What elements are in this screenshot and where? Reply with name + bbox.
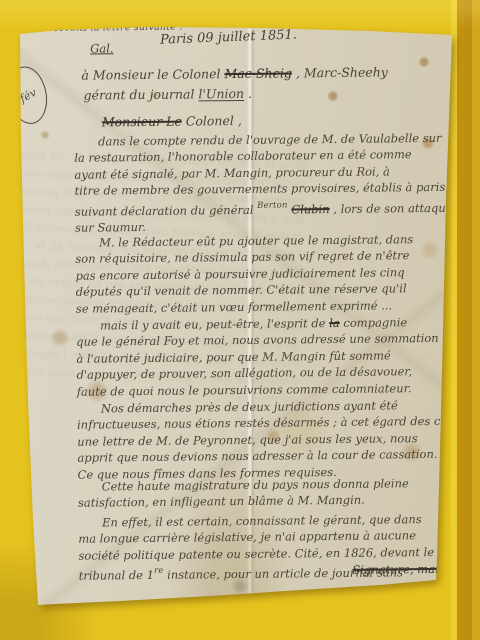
paragraph: M. le Rédacteur eût pu ajouter que le ma… bbox=[75, 231, 448, 317]
handwritten-line: tribunal de 1re instance, pour un articl… bbox=[79, 560, 451, 584]
letter-sheet: dans le compte rendu de l'ouvrage de M. … bbox=[0, 0, 480, 640]
salutation: Monsieur Le Colonel , bbox=[102, 113, 242, 129]
handwritten-line: satisfaction, en infligeant un blâme à M… bbox=[78, 491, 450, 511]
archivist-margin-note: etnous recevons la lettre suivante : bbox=[5, 18, 183, 35]
address-line-2: gérant du journal l'Union . bbox=[84, 86, 253, 103]
letter-body: etnous recevons la lettre suivante : fév… bbox=[0, 0, 480, 640]
address-line-1: à Monsieur le Colonel Mac-Sheig , Marc-S… bbox=[81, 64, 388, 82]
struck-out-word: Clubin bbox=[291, 202, 329, 216]
collector-oval-stamp: fév bbox=[4, 63, 52, 127]
paragraph: En effet, il est certain, connaissant le… bbox=[78, 511, 451, 585]
collector-stamp-text: fév bbox=[17, 85, 38, 104]
folio-mark: et bbox=[5, 19, 13, 28]
interlinear-correction: Berton bbox=[257, 200, 288, 210]
letter-sheet-wrapper: dans le compte rendu de l'ouvrage de M. … bbox=[0, 0, 480, 640]
struck-out-word: Mac-Sheig bbox=[224, 65, 292, 81]
margin-note-text: nous recevons la lettre suivante : bbox=[16, 22, 183, 35]
docket-abbreviation: Gal. bbox=[90, 41, 114, 55]
struck-out-word: la bbox=[329, 316, 340, 330]
handwritten-line: suivant déclaration du général Berton Cl… bbox=[75, 195, 447, 219]
paragraph: dans le compte rendu de l'ouvrage de M. … bbox=[74, 130, 447, 236]
interlinear-correction: re bbox=[154, 566, 164, 576]
paragraph: Cette haute magistrature du pays nous do… bbox=[78, 475, 450, 512]
struck-out-word: Monsieur Le bbox=[102, 114, 182, 130]
paragraph: mais il y avait eu, peut-être, l'esprit … bbox=[76, 314, 449, 400]
paragraph: Nos démarches près de deux juridictions … bbox=[77, 397, 450, 483]
underlined-word: l'Union bbox=[198, 86, 244, 101]
